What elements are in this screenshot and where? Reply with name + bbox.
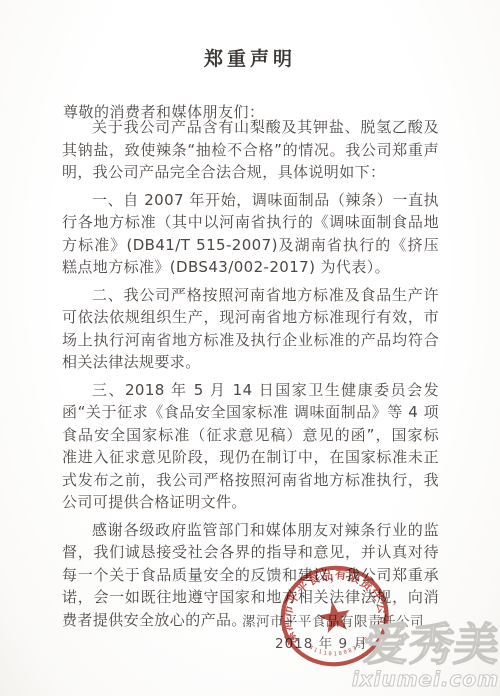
statement-paragraph: 三、2018 年 5 月 14 日国家卫生健康委员会发函“关于征求《食品安全国家… (62, 379, 439, 514)
statement-body: 关于我公司产品含有山梨酸及其钾盐、脱氢乙酸及其钠盐，致使辣条“抽检不合格”的情况… (62, 116, 439, 636)
statement-paragraph: 关于我公司产品含有山梨酸及其钾盐、脱氢乙酸及其钠盐，致使辣条“抽检不合格”的情况… (62, 116, 439, 184)
seal-registration-number: 4111010083598 (307, 634, 374, 662)
seal-star-icon (316, 599, 353, 634)
document-title: 郑重声明 (0, 0, 500, 71)
seal-ring-text: 漯河市平平食品有限责任公司 (276, 562, 393, 648)
statement-paragraph: 二、我公司严格按照河南省地方标准及食品生产许可依法依规组织生产，现河南省地方标准… (62, 284, 439, 374)
watermark-domain: ixiumei.com (352, 669, 499, 689)
svg-text:漯河市平平食品有限责任公司: 漯河市平平食品有限责任公司 (276, 562, 393, 648)
statement-paragraph: 一、自 2007 年开始，调味面制品（辣条）一直执行各地方标准（其中以河南省执行… (62, 189, 439, 279)
seal-group: 漯河市平平食品有限责任公司 4111010083598 (276, 562, 394, 670)
document-page: 郑重声明 尊敬的消费者和媒体朋友们： 关于我公司产品含有山梨酸及其钾盐、脱氢乙酸… (0, 0, 500, 696)
svg-text:4111010083598: 4111010083598 (307, 634, 374, 662)
company-seal-stamp: 漯河市平平食品有限责任公司 4111010083598 (276, 562, 394, 670)
